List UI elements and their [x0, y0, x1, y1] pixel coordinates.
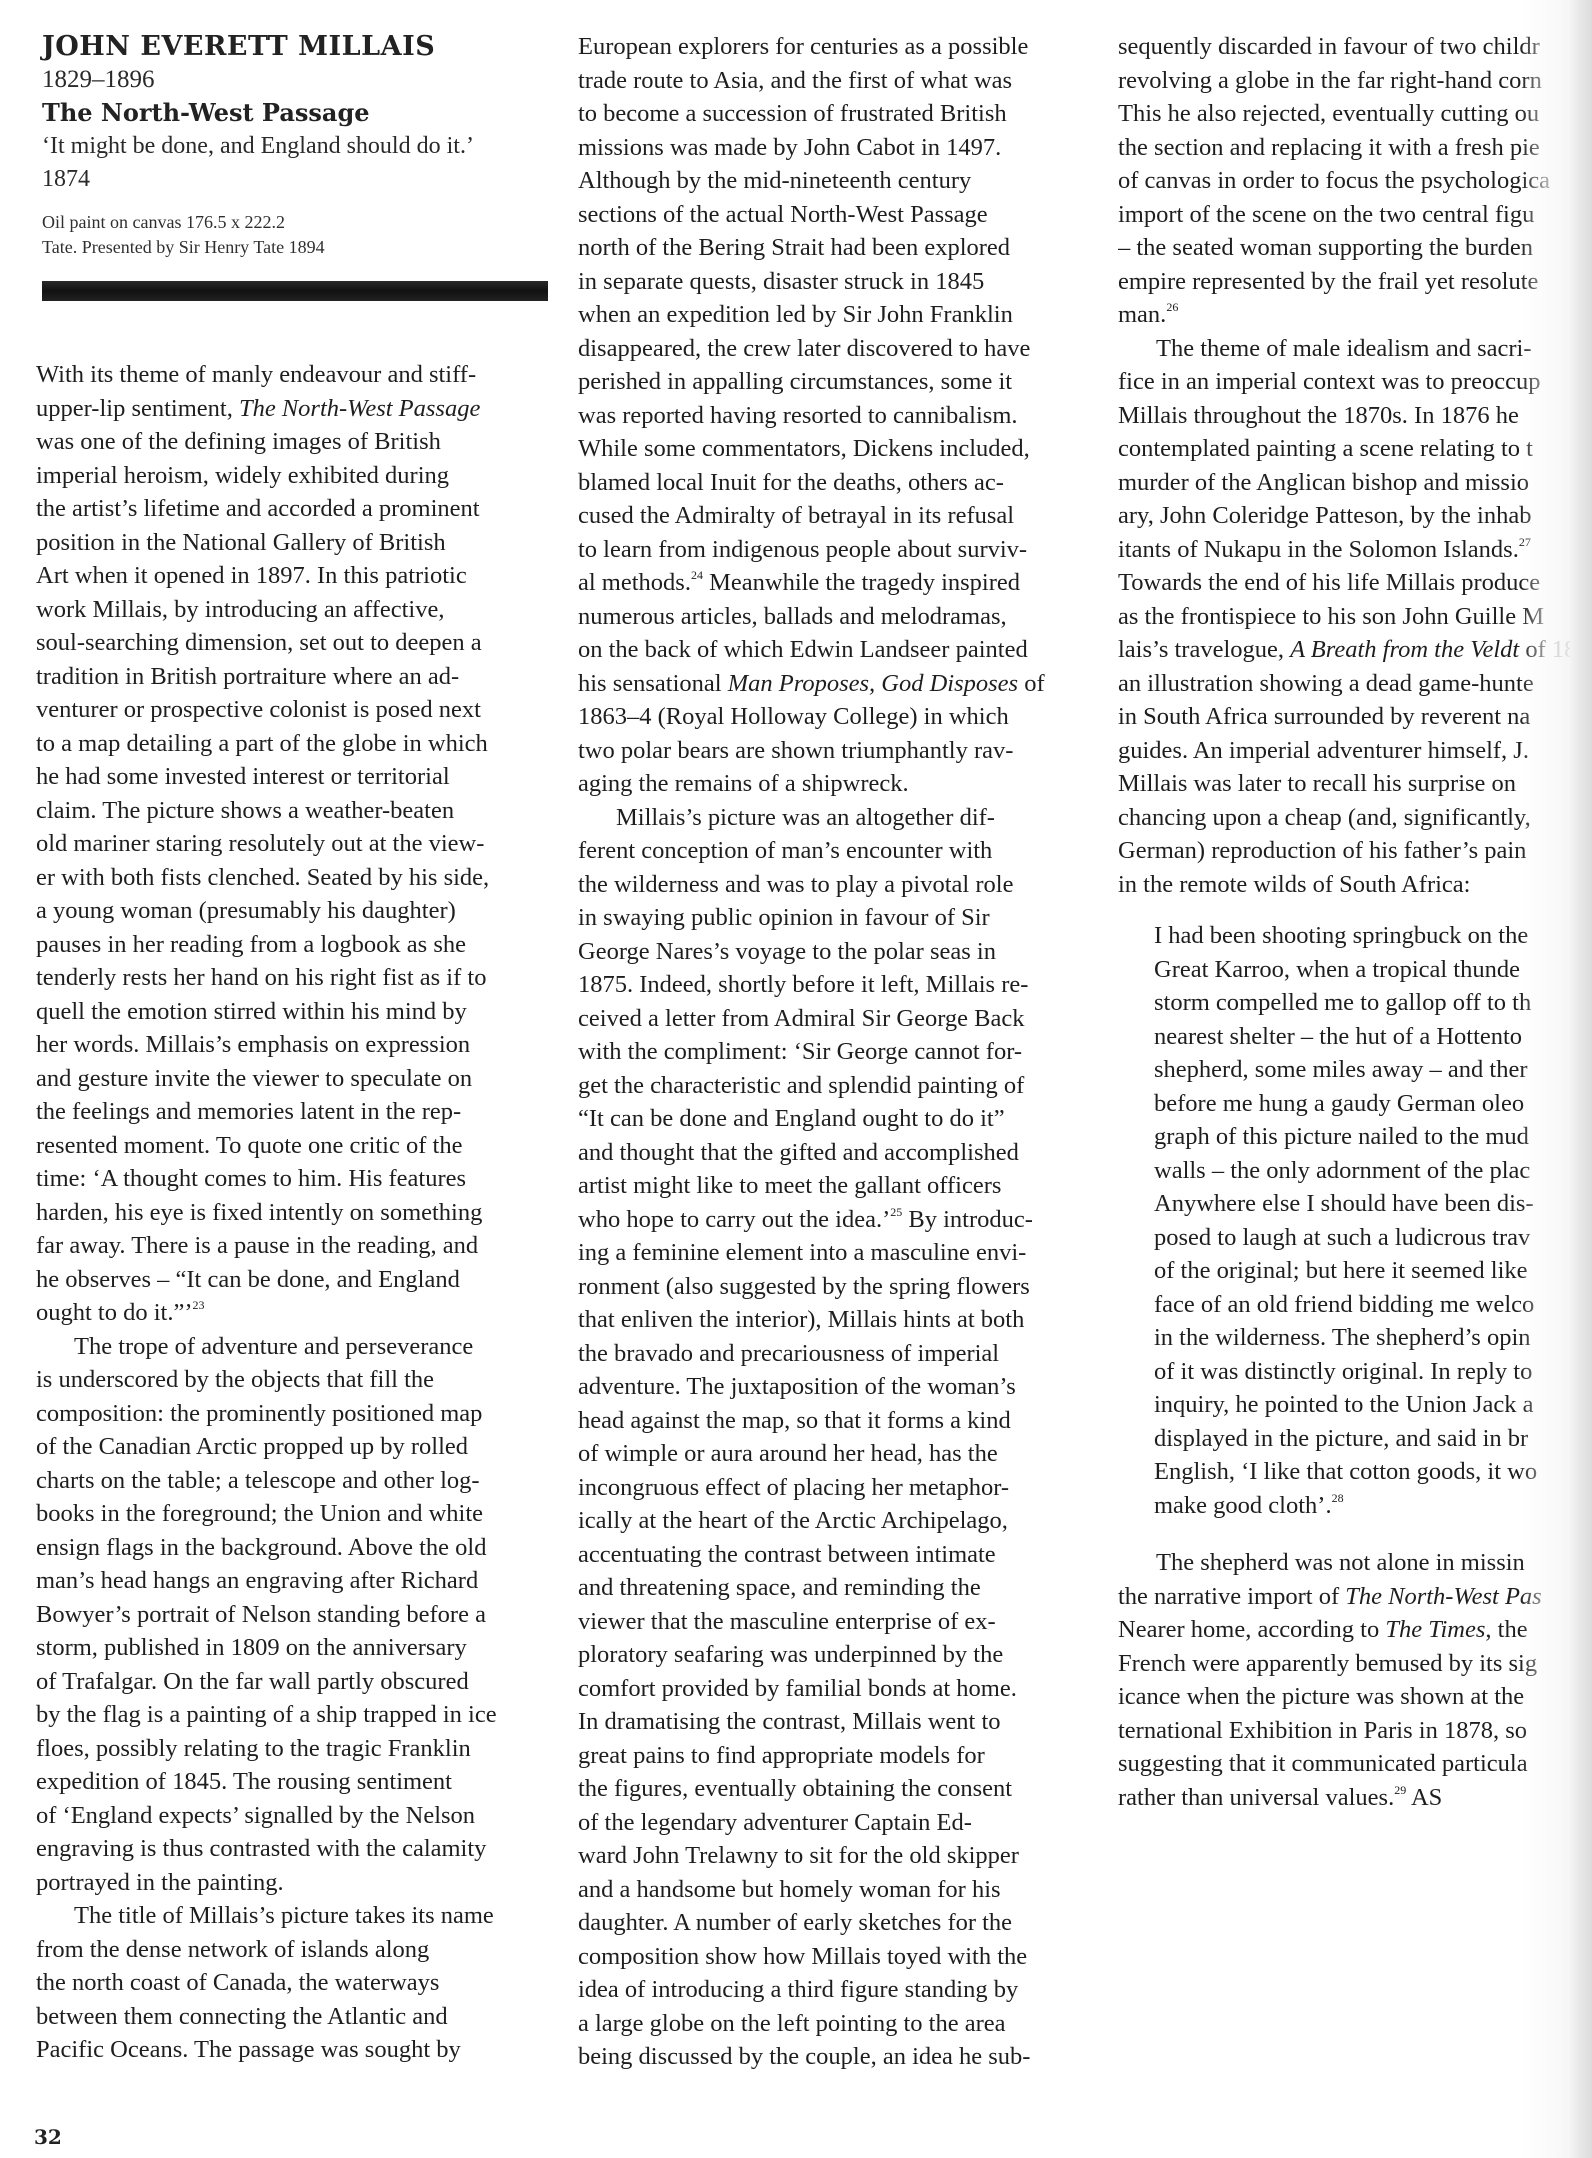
text-line: ing a feminine element into a masculine … [578, 1236, 1098, 1270]
text-line: in separate quests, disaster struck in 1… [578, 265, 1098, 299]
text-line: the feelings and memories latent in the … [36, 1095, 556, 1129]
text-line: Towards the end of his life Millais prod… [1118, 566, 1578, 600]
text-line: as the frontispiece to his son John Guil… [1118, 600, 1578, 634]
text-line: ceived a letter from Admiral Sir George … [578, 1002, 1098, 1036]
text-line: cused the Admiralty of betrayal in its r… [578, 499, 1098, 533]
text-line: With its theme of manly endeavour and st… [36, 358, 556, 392]
text-line: the wilderness and was to play a pivotal… [578, 868, 1098, 902]
text-line: composition: the prominently positioned … [36, 1397, 556, 1431]
text-line: man’s head hangs an engraving after Rich… [36, 1564, 556, 1598]
italic-title: A Breath from the Veldt [1290, 636, 1519, 663]
text-line: guides. An imperial adventurer himself, … [1118, 734, 1578, 768]
text-line: Bowyer’s portrait of Nelson standing bef… [36, 1598, 556, 1632]
text-line: the artist’s lifetime and accorded a pro… [36, 492, 556, 526]
text-line: er with both fists clenched. Seated by h… [36, 861, 556, 895]
text-line: on the back of which Edwin Landseer pain… [578, 633, 1098, 667]
text-line: before me hung a gaudy German oleo [1118, 1087, 1578, 1121]
text-line: and thought that the gifted and accompli… [578, 1136, 1098, 1170]
text-line: artist might like to meet the gallant of… [578, 1169, 1098, 1203]
text-line: graph of this picture nailed to the mud [1118, 1120, 1578, 1154]
text-line: the north coast of Canada, the waterways [36, 1966, 556, 2000]
text-line: venturer or prospective colonist is pose… [36, 693, 556, 727]
artwork-details: Oil paint on canvas 176.5 x 222.2 Tate. … [42, 210, 562, 260]
text-line: when an expedition led by Sir John Frank… [578, 298, 1098, 332]
text-line: ferent conception of man’s encounter wit… [578, 834, 1098, 868]
text-line: of the Canadian Arctic propped up by rol… [36, 1430, 556, 1464]
text-line: soul-searching dimension, set out to dee… [36, 626, 556, 660]
text-line: ward John Trelawny to sit for the old sk… [578, 1839, 1098, 1873]
text-line: of it was distinctly original. In reply … [1118, 1355, 1578, 1389]
text-line: imperial heroism, widely exhibited durin… [36, 459, 556, 493]
text-line: Although by the mid-nineteenth century [578, 164, 1098, 198]
text-line: resented moment. To quote one critic of … [36, 1129, 556, 1163]
text-line: man.26 [1118, 298, 1578, 332]
text-line: the narrative import of The North-West P… [1118, 1580, 1578, 1614]
text-line: an illustration showing a dead game-hunt… [1118, 667, 1578, 701]
text-line: floes, possibly relating to the tragic F… [36, 1732, 556, 1766]
text-line: 1875. Indeed, shortly before it left, Mi… [578, 968, 1098, 1002]
text-line: tradition in British portraiture where a… [36, 660, 556, 694]
text-line: head against the map, so that it forms a… [578, 1404, 1098, 1438]
text-line: In dramatising the contrast, Millais wen… [578, 1705, 1098, 1739]
text-line: get the characteristic and splendid pain… [578, 1069, 1098, 1103]
block-quote: I had been shooting springbuck on theGre… [1118, 919, 1578, 1522]
text-line: displayed in the picture, and said in br [1118, 1422, 1578, 1456]
footnote-marker: 29 [1394, 1783, 1406, 1797]
text-line: with the compliment: ‘Sir George cannot … [578, 1035, 1098, 1069]
text-line: The theme of male idealism and sacri- [1118, 332, 1578, 366]
text-line: position in the National Gallery of Brit… [36, 526, 556, 560]
text-line: he had some invested interest or territo… [36, 760, 556, 794]
text-line: upper-lip sentiment, The North-West Pass… [36, 392, 556, 426]
text-line: nearest shelter – the hut of a Hottento [1118, 1020, 1578, 1054]
text-line: the section and replacing it with a fres… [1118, 131, 1578, 165]
text-line: ternational Exhibition in Paris in 1878,… [1118, 1714, 1578, 1748]
text-line: sections of the actual North-West Passag… [578, 198, 1098, 232]
text-line: charts on the table; a telescope and oth… [36, 1464, 556, 1498]
text-line: idea of introducing a third figure stand… [578, 1973, 1098, 2007]
text-line: books in the foreground; the Union and w… [36, 1497, 556, 1531]
text-line: and gesture invite the viewer to specula… [36, 1062, 556, 1096]
text-line: Nearer home, according to The Times, the [1118, 1613, 1578, 1647]
text-line: chancing upon a cheap (and, significantl… [1118, 801, 1578, 835]
text-line: incongruous effect of placing her metaph… [578, 1471, 1098, 1505]
text-line: make good cloth’.28 [1118, 1489, 1578, 1523]
text-line: a young woman (presumably his daughter) [36, 894, 556, 928]
text-line: ary, John Coleridge Patteson, by the inh… [1118, 499, 1578, 533]
text-line: viewer that the masculine enterprise of … [578, 1605, 1098, 1639]
text-line: who hope to carry out the idea.’25 By in… [578, 1203, 1098, 1237]
text-line: accentuating the contrast between intima… [578, 1538, 1098, 1572]
text-line: ploratory seafaring was underpinned by t… [578, 1638, 1098, 1672]
text-line: posed to laugh at such a ludicrous trav [1118, 1221, 1578, 1255]
text-line: from the dense network of islands along [36, 1933, 556, 1967]
text-line: of canvas in order to focus the psycholo… [1118, 164, 1578, 198]
column-3-conclusion: The shepherd was not alone in missinthe … [1118, 1546, 1578, 1814]
text-line: shepherd, some miles away – and ther [1118, 1053, 1578, 1087]
footnote-marker: 28 [1332, 1491, 1344, 1505]
text-line: European explorers for centuries as a po… [578, 30, 1098, 64]
text-column-1: With its theme of manly endeavour and st… [36, 358, 556, 2067]
text-line: of Trafalgar. On the far wall partly obs… [36, 1665, 556, 1699]
artwork-credit: Tate. Presented by Sir Henry Tate 1894 [42, 235, 562, 260]
text-line: of the legendary adventurer Captain Ed- [578, 1806, 1098, 1840]
text-line: being discussed by the couple, an idea h… [578, 2040, 1098, 2074]
text-line: aging the remains of a shipwreck. [578, 767, 1098, 801]
artist-name: JOHN EVERETT MILLAIS [42, 30, 562, 64]
text-line: ronment (also suggested by the spring fl… [578, 1270, 1098, 1304]
artist-dates: 1829–1896 [42, 64, 562, 96]
text-line: lais’s travelogue, A Breath from the Vel… [1118, 633, 1578, 667]
text-line: fice in an imperial context was to preoc… [1118, 365, 1578, 399]
text-line: two polar bears are shown triumphantly r… [578, 734, 1098, 768]
text-line: missions was made by John Cabot in 1497. [578, 131, 1098, 165]
text-line: between them connecting the Atlantic and [36, 2000, 556, 2034]
footnote-marker: 23 [193, 1298, 205, 1312]
text-line: is underscored by the objects that fill … [36, 1363, 556, 1397]
text-line: contemplated painting a scene relating t… [1118, 432, 1578, 466]
text-line: While some commentators, Dickens include… [578, 432, 1098, 466]
column-3-body: sequently discarded in favour of two chi… [1118, 30, 1578, 901]
text-line: murder of the Anglican bishop and missio [1118, 466, 1578, 500]
text-line: Great Karroo, when a tropical thunde [1118, 953, 1578, 987]
text-line: The trope of adventure and perseverance [36, 1330, 556, 1364]
text-line: her words. Millais’s emphasis on express… [36, 1028, 556, 1062]
footnote-marker: 27 [1519, 535, 1531, 549]
artwork-title: The North-West Passage [42, 96, 562, 130]
text-line: to a map detailing a part of the globe i… [36, 727, 556, 761]
text-line: Anywhere else I should have been dis- [1118, 1187, 1578, 1221]
text-line: English, ‘I like that cotton goods, it w… [1118, 1455, 1578, 1489]
text-line: ically at the heart of the Arctic Archip… [578, 1504, 1098, 1538]
text-line: portrayed in the painting. [36, 1866, 556, 1900]
text-line: was reported having resorted to cannibal… [578, 399, 1098, 433]
text-line: the bravado and precariousness of imperi… [578, 1337, 1098, 1371]
text-line: pauses in her reading from a logbook as … [36, 928, 556, 962]
text-line: inquiry, he pointed to the Union Jack a [1118, 1388, 1578, 1422]
italic-title: Man Proposes, God Disposes [728, 670, 1018, 697]
text-line: that enliven the interior), Millais hint… [578, 1303, 1098, 1337]
text-line: trade route to Asia, and the first of wh… [578, 64, 1098, 98]
text-line: ensign flags in the background. Above th… [36, 1531, 556, 1565]
footnote-marker: 26 [1166, 300, 1178, 314]
text-line: storm, published in 1809 on the annivers… [36, 1631, 556, 1665]
footnote-marker: 24 [691, 568, 703, 582]
text-line: Art when it opened in 1897. In this patr… [36, 559, 556, 593]
text-line: blamed local Inuit for the deaths, other… [578, 466, 1098, 500]
text-line: walls – the only adornment of the plac [1118, 1154, 1578, 1188]
text-line: revolving a globe in the far right-hand … [1118, 64, 1578, 98]
text-line: I had been shooting springbuck on the [1118, 919, 1578, 953]
text-line: and a handsome but homely woman for his [578, 1873, 1098, 1907]
text-line: al methods.24 Meanwhile the tragedy insp… [578, 566, 1098, 600]
text-line: Pacific Oceans. The passage was sought b… [36, 2033, 556, 2067]
text-line: a large globe on the left pointing to th… [578, 2007, 1098, 2041]
text-line: quell the emotion stirred within his min… [36, 995, 556, 1029]
text-line: Millais’s picture was an altogether dif- [578, 801, 1098, 835]
header-rule [42, 281, 548, 301]
italic-title: The Times [1385, 1616, 1485, 1643]
text-line: storm compelled me to gallop off to th [1118, 986, 1578, 1020]
page-number: 32 [34, 2125, 62, 2149]
text-line: The title of Millais’s picture takes its… [36, 1899, 556, 1933]
footnote-marker: 25 [890, 1205, 902, 1219]
text-line: harden, his eye is fixed intently on som… [36, 1196, 556, 1230]
text-line: perished in appalling circumstances, som… [578, 365, 1098, 399]
text-line: icance when the picture was shown at the [1118, 1680, 1578, 1714]
page-edge [1570, 0, 1592, 2158]
text-line: daughter. A number of early sketches for… [578, 1906, 1098, 1940]
text-line: disappeared, the crew later discovered t… [578, 332, 1098, 366]
text-line: face of an old friend bidding me welco [1118, 1288, 1578, 1322]
artwork-medium: Oil paint on canvas 176.5 x 222.2 [42, 210, 562, 235]
text-line: of ‘England expects’ signalled by the Ne… [36, 1799, 556, 1833]
italic-title: The North-West Passage [239, 395, 480, 422]
text-line: Millais throughout the 1870s. In 1876 he [1118, 399, 1578, 433]
text-line: great pains to find appropriate models f… [578, 1739, 1098, 1773]
text-line: import of the scene on the two central f… [1118, 198, 1578, 232]
text-line: – the seated woman supporting the burden [1118, 231, 1578, 265]
text-line: French were apparently bemused by its si… [1118, 1647, 1578, 1681]
text-line: sequently discarded in favour of two chi… [1118, 30, 1578, 64]
artwork-year: 1874 [42, 163, 562, 196]
text-line: was one of the defining images of Britis… [36, 425, 556, 459]
text-line: to learn from indigenous people about su… [578, 533, 1098, 567]
text-line: suggesting that it communicated particul… [1118, 1747, 1578, 1781]
text-line: empire represented by the frail yet reso… [1118, 265, 1578, 299]
text-line: his sensational Man Proposes, God Dispos… [578, 667, 1098, 701]
text-line: Millais was later to recall his surprise… [1118, 767, 1578, 801]
text-line: The shepherd was not alone in missin [1118, 1546, 1578, 1580]
text-line: he observes – “It can be done, and Engla… [36, 1263, 556, 1297]
text-line: work Millais, by introducing an affectiv… [36, 593, 556, 627]
text-line: comfort provided by familial bonds at ho… [578, 1672, 1098, 1706]
text-line: in swaying public opinion in favour of S… [578, 901, 1098, 935]
artwork-subtitle: ‘It might be done, and England should do… [42, 130, 562, 163]
text-line: rather than universal values.29 AS [1118, 1781, 1578, 1815]
text-line: and threatening space, and reminding the [578, 1571, 1098, 1605]
text-line: adventure. The juxtaposition of the woma… [578, 1370, 1098, 1404]
catalogue-entry-header: JOHN EVERETT MILLAIS 1829–1896 The North… [42, 30, 562, 260]
text-line: tenderly rests her hand on his right fis… [36, 961, 556, 995]
text-line: 1863–4 (Royal Holloway College) in which [578, 700, 1098, 734]
text-line: composition show how Millais toyed with … [578, 1940, 1098, 1974]
text-line: by the flag is a painting of a ship trap… [36, 1698, 556, 1732]
text-column-3: sequently discarded in favour of two chi… [1118, 30, 1578, 1814]
italic-title: The North-West Pas [1345, 1583, 1541, 1610]
text-line: engraving is thus contrasted with the ca… [36, 1832, 556, 1866]
text-line: old mariner staring resolutely out at th… [36, 827, 556, 861]
text-line: expedition of 1845. The rousing sentimen… [36, 1765, 556, 1799]
text-line: This he also rejected, eventually cuttin… [1118, 97, 1578, 131]
text-column-2: European explorers for centuries as a po… [578, 30, 1098, 2074]
text-line: time: ‘A thought comes to him. His featu… [36, 1162, 556, 1196]
text-line: “It can be done and England ought to do … [578, 1102, 1098, 1136]
text-line: in South Africa surrounded by reverent n… [1118, 700, 1578, 734]
text-line: itants of Nukapu in the Solomon Islands.… [1118, 533, 1578, 567]
text-line: the figures, eventually obtaining the co… [578, 1772, 1098, 1806]
text-line: in the remote wilds of South Africa: [1118, 868, 1578, 902]
text-line: German) reproduction of his father’s pai… [1118, 834, 1578, 868]
text-line: of wimple or aura around her head, has t… [578, 1437, 1098, 1471]
text-line: numerous articles, ballads and melodrama… [578, 600, 1098, 634]
text-line: far away. There is a pause in the readin… [36, 1229, 556, 1263]
text-line: claim. The picture shows a weather-beate… [36, 794, 556, 828]
text-line: ought to do it.”’23 [36, 1296, 556, 1330]
text-line: in the wilderness. The shepherd’s opin [1118, 1321, 1578, 1355]
text-line: to become a succession of frustrated Bri… [578, 97, 1098, 131]
text-line: George Nares’s voyage to the polar seas … [578, 935, 1098, 969]
text-line: north of the Bering Strait had been expl… [578, 231, 1098, 265]
text-line: of the original; but here it seemed like [1118, 1254, 1578, 1288]
